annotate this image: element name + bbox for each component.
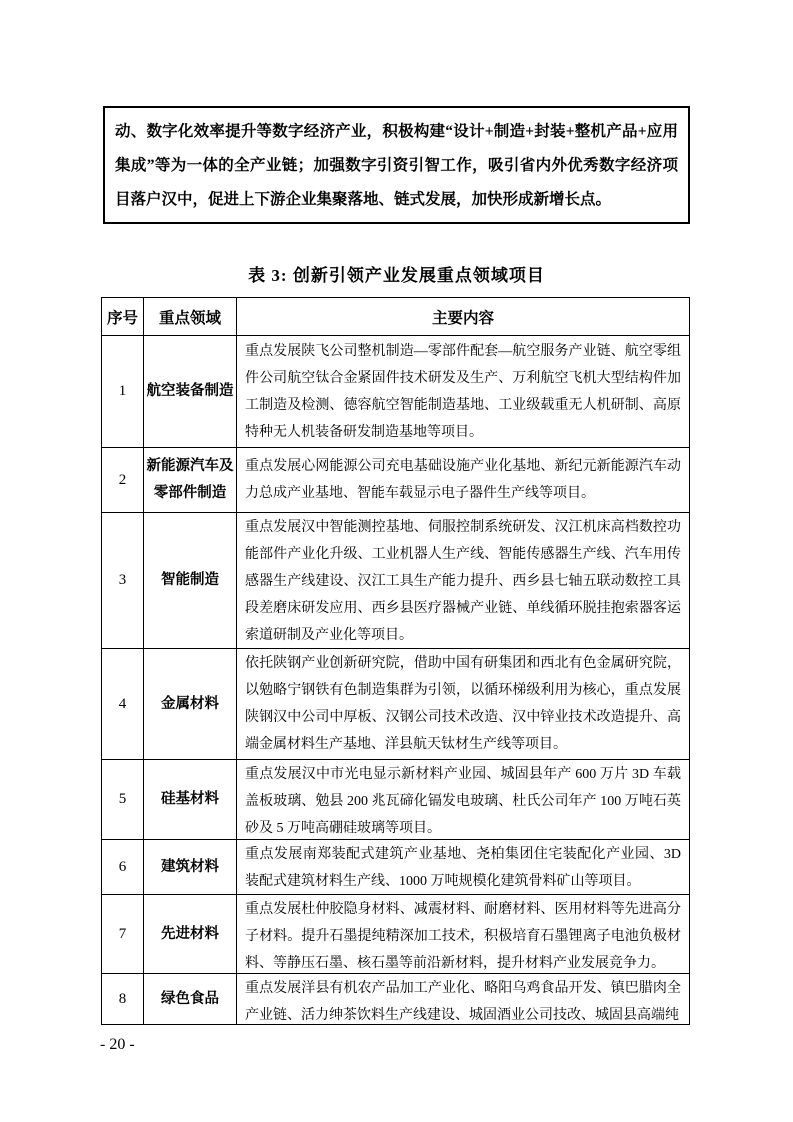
- page-number: - 20 -: [100, 1036, 135, 1054]
- row-content-cell: 重点发展洋县有机农产品加工产业化、略阳乌鸡食品开发、镇巴腊肉全产业链、活力绅茶饮…: [237, 974, 690, 1025]
- table-row: 1 航空装备制造 重点发展陕飞公司整机制造—零部件配套—航空服务产业链、航空零组…: [102, 336, 690, 448]
- table-row: 7 先进材料 重点发展杜仲胶隐身材料、减震材料、耐磨材料、医用材料等先进高分子材…: [102, 895, 690, 974]
- table-row: 3 智能制造 重点发展汉中智能测控基地、伺服控制系统研发、汉江机床高档数控功能部…: [102, 513, 690, 649]
- row-serial: 7: [102, 895, 144, 974]
- row-content-cell: 重点发展汉中智能测控基地、伺服控制系统研发、汉江机床高档数控功能部件产业化升级、…: [237, 513, 690, 649]
- header-cell-field: 重点领域: [144, 298, 237, 336]
- row-content-cell: 重点发展南郑装配式建筑产业基地、尧柏集团住宅装配化产业园、3D 装配式建筑材料生…: [237, 840, 690, 895]
- row-content: 重点发展汉中智能测控基地、伺服控制系统研发、汉江机床高档数控功能部件产业化升级、…: [237, 513, 689, 648]
- row-serial: 2: [102, 448, 144, 513]
- row-content: 依托陕钢产业创新研究院，借助中国有研集团和西北有色金属研究院，以勉略宁钢铁有色制…: [237, 649, 689, 759]
- row-field: 智能制造: [144, 513, 237, 649]
- row-serial: 6: [102, 840, 144, 895]
- row-field: 硅基材料: [144, 760, 237, 840]
- row-serial: 1: [102, 336, 144, 448]
- key-projects-table: 序号 重点领域 主要内容 1 航空装备制造 重点发展陕飞公司整机制造—零部件配套…: [101, 297, 690, 1025]
- row-content-cell: 依托陕钢产业创新研究院，借助中国有研集团和西北有色金属研究院，以勉略宁钢铁有色制…: [237, 649, 690, 760]
- table-title: 表 3: 创新引领产业发展重点领域项目: [103, 261, 690, 286]
- table-header-row: 序号 重点领域 主要内容: [102, 298, 690, 336]
- row-content-cell: 重点发展汉中市光电显示新材料产业园、城固县年产 600 万片 3D 车载盖板玻璃…: [237, 760, 690, 840]
- row-serial: 3: [102, 513, 144, 649]
- row-content: 重点发展杜仲胶隐身材料、减震材料、耐磨材料、医用材料等先进高分子材料。提升石墨提…: [237, 895, 689, 973]
- row-content: 重点发展汉中市光电显示新材料产业园、城固县年产 600 万片 3D 车载盖板玻璃…: [237, 760, 689, 839]
- table-row: 4 金属材料 依托陕钢产业创新研究院，借助中国有研集团和西北有色金属研究院，以勉…: [102, 649, 690, 760]
- row-field: 绿色食品: [144, 974, 237, 1025]
- row-content: 重点发展心网能源公司充电基础设施产业化基地、新纪元新能源汽车动力总成产业基地、智…: [237, 452, 689, 508]
- row-content: 重点发展陕飞公司整机制造—零部件配套—航空服务产业链、航空零组件公司航空钛合金紧…: [237, 337, 689, 447]
- row-content-cell: 重点发展心网能源公司充电基础设施产业化基地、新纪元新能源汽车动力总成产业基地、智…: [237, 448, 690, 513]
- table-row: 5 硅基材料 重点发展汉中市光电显示新材料产业园、城固县年产 600 万片 3D…: [102, 760, 690, 840]
- table-row: 8 绿色食品 重点发展洋县有机农产品加工产业化、略阳乌鸡食品开发、镇巴腊肉全产业…: [102, 974, 690, 1025]
- header-cell-serial: 序号: [102, 298, 144, 336]
- header-cell-content: 主要内容: [237, 298, 690, 336]
- row-field: 新能源汽车及零部件制造: [144, 448, 237, 513]
- intro-paragraph-box: 动、数字化效率提升等数字经济产业，积极构建“设计+制造+封装+整机产品+应用集成…: [103, 106, 690, 224]
- row-field: 先进材料: [144, 895, 237, 974]
- document-page: 动、数字化效率提升等数字经济产业，积极构建“设计+制造+封装+整机产品+应用集成…: [0, 0, 793, 1122]
- row-serial: 5: [102, 760, 144, 840]
- row-field: 建筑材料: [144, 840, 237, 895]
- row-field: 金属材料: [144, 649, 237, 760]
- row-content: 重点发展洋县有机农产品加工产业化、略阳乌鸡食品开发、镇巴腊肉全产业链、活力绅茶饮…: [237, 974, 689, 1024]
- row-content-cell: 重点发展杜仲胶隐身材料、减震材料、耐磨材料、医用材料等先进高分子材料。提升石墨提…: [237, 895, 690, 974]
- row-content: 重点发展南郑装配式建筑产业基地、尧柏集团住宅装配化产业园、3D 装配式建筑材料生…: [237, 840, 689, 894]
- table-row: 2 新能源汽车及零部件制造 重点发展心网能源公司充电基础设施产业化基地、新纪元新…: [102, 448, 690, 513]
- intro-paragraph-text: 动、数字化效率提升等数字经济产业，积极构建“设计+制造+封装+整机产品+应用集成…: [115, 123, 678, 208]
- row-content-cell: 重点发展陕飞公司整机制造—零部件配套—航空服务产业链、航空零组件公司航空钛合金紧…: [237, 336, 690, 448]
- table-row: 6 建筑材料 重点发展南郑装配式建筑产业基地、尧柏集团住宅装配化产业园、3D 装…: [102, 840, 690, 895]
- row-field: 航空装备制造: [144, 336, 237, 448]
- row-serial: 4: [102, 649, 144, 760]
- row-serial: 8: [102, 974, 144, 1025]
